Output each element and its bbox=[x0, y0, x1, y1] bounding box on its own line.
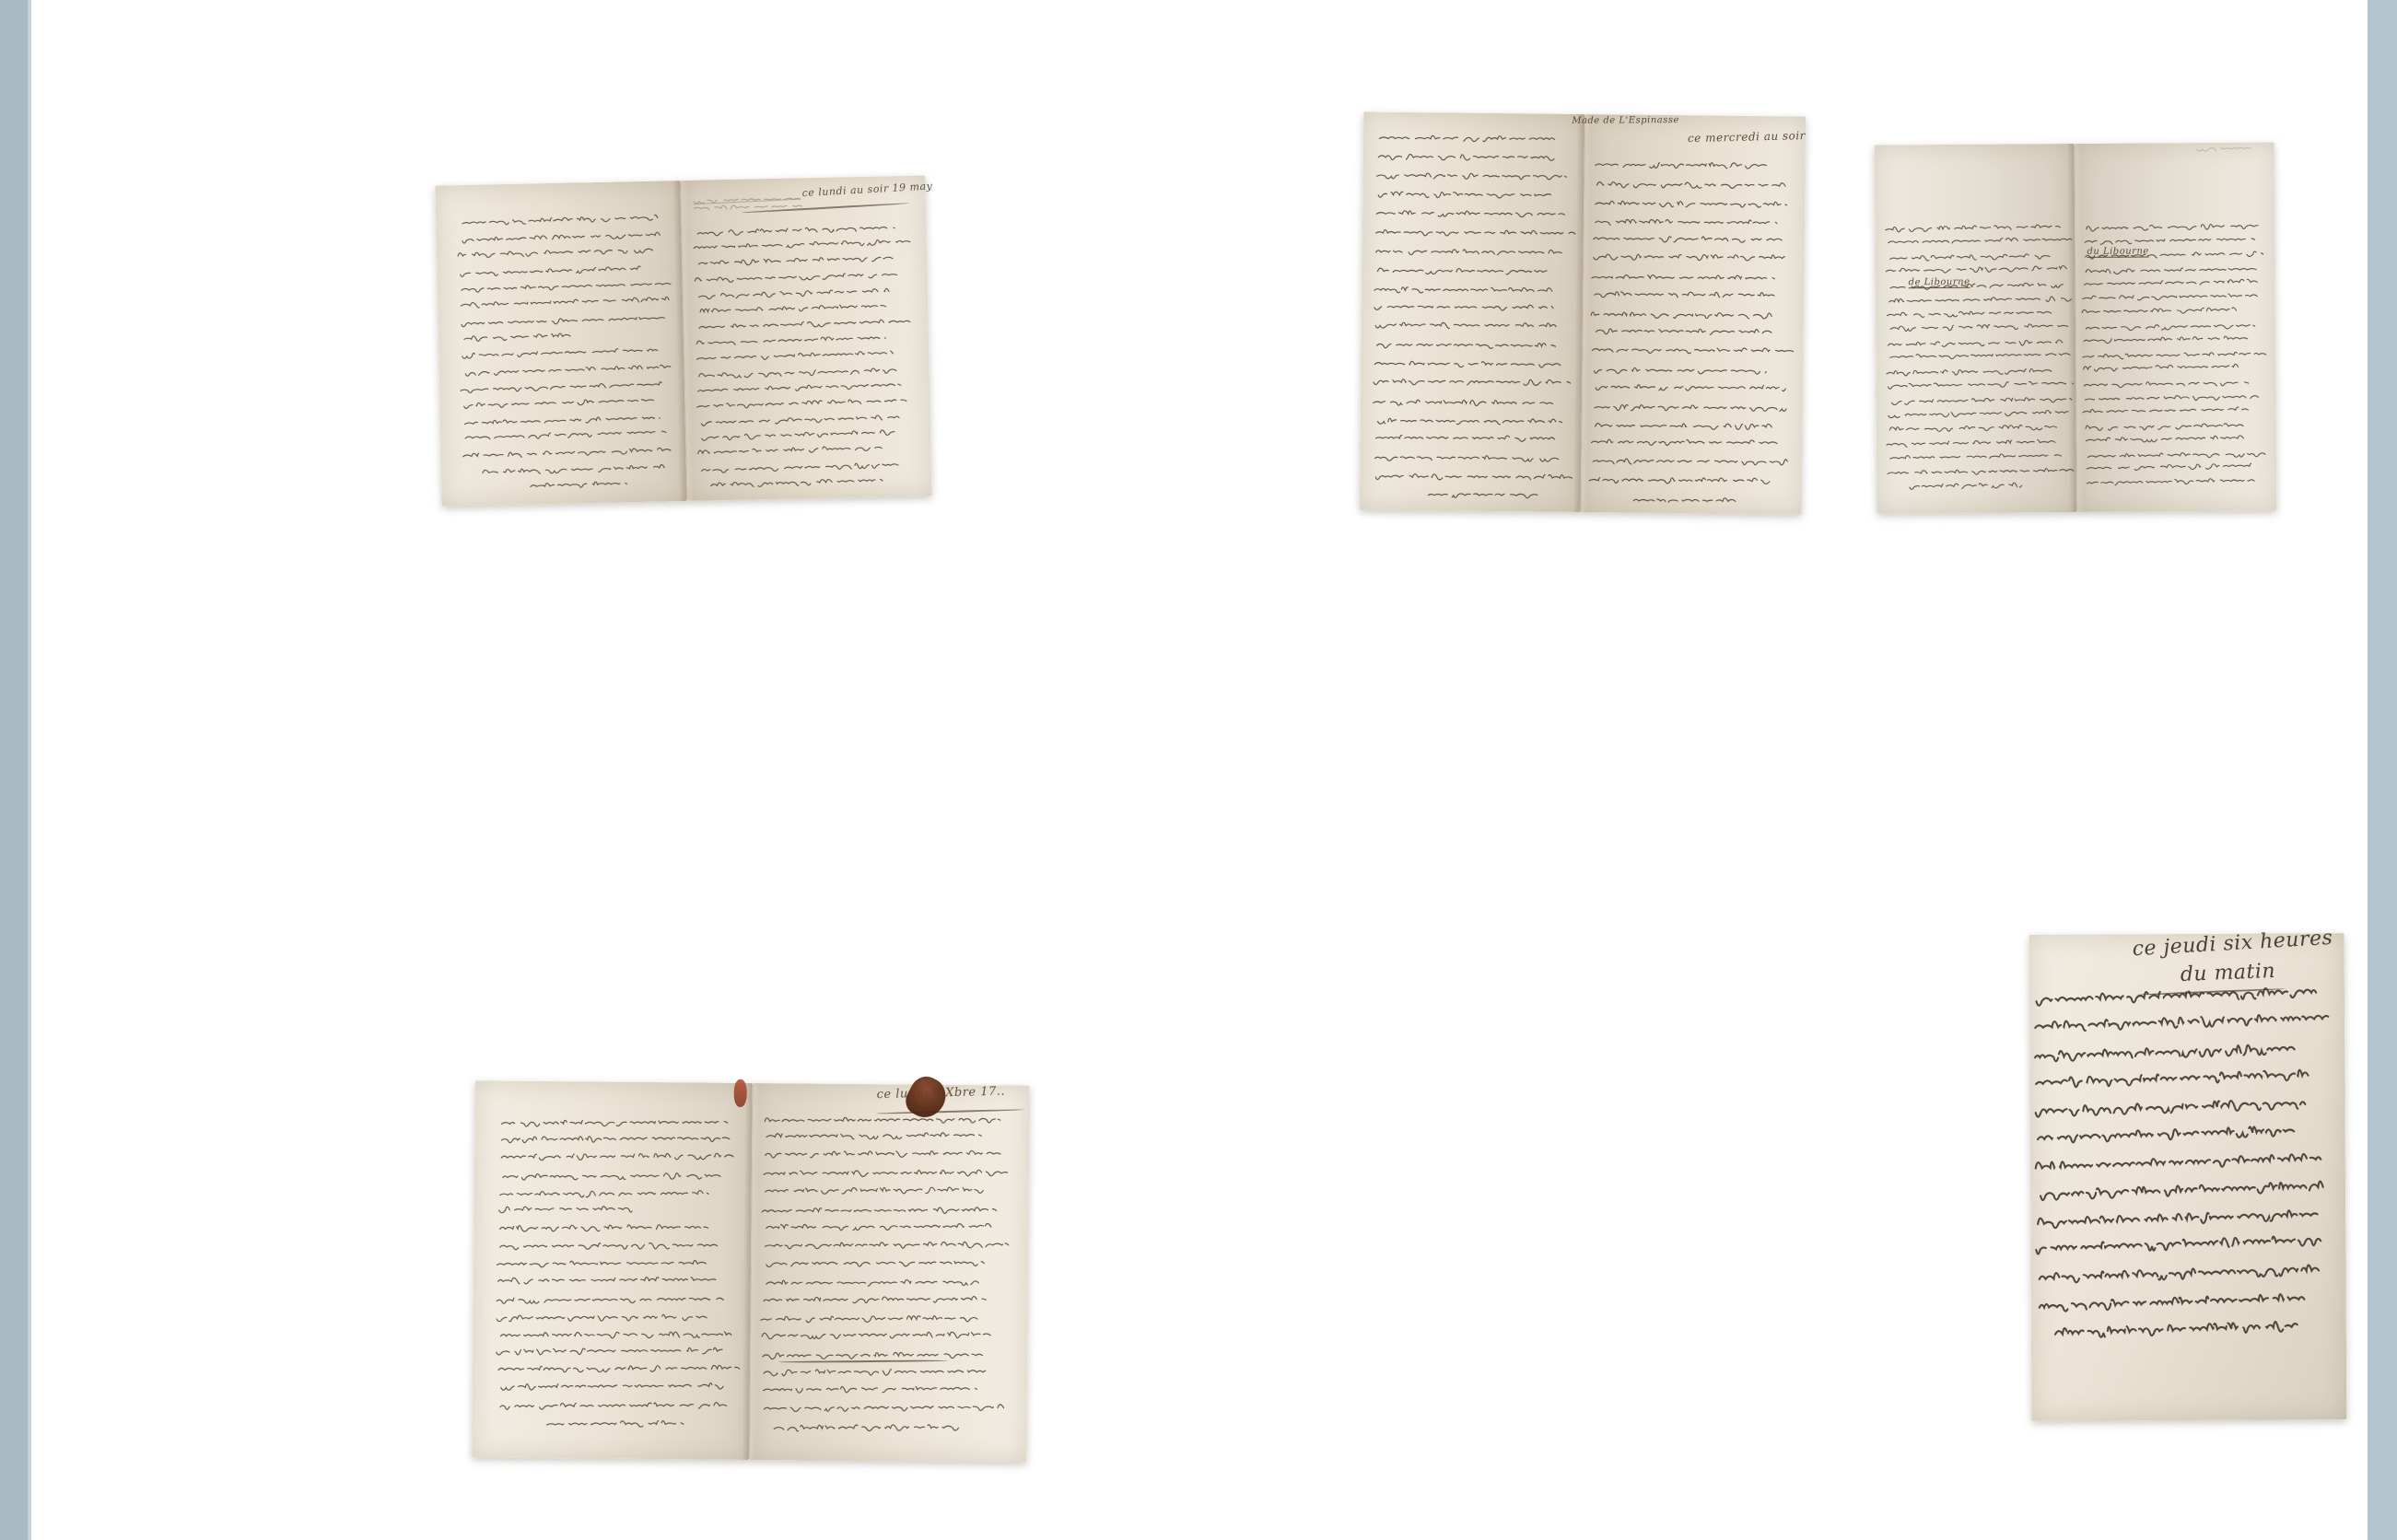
catalog-page: ce lundi au soir 19 mayMade de L'Espinas… bbox=[0, 0, 2397, 1540]
letter-spread-3-page-2 bbox=[2075, 142, 2277, 512]
letter-spread-3-page-1 bbox=[1875, 144, 2077, 514]
letter-spread-2-heading-1: Made de L'Espinasse bbox=[1572, 115, 1679, 126]
letter-spread-1-page-1 bbox=[435, 181, 686, 506]
handwriting-lines bbox=[2075, 142, 2277, 512]
handwriting-lines bbox=[749, 1083, 1030, 1463]
letter-spread-3-legible-word: de Libourne bbox=[1909, 277, 1970, 288]
letter-spread-4-page-1 bbox=[472, 1080, 753, 1460]
letter-leaf-5-heading-2: du matin bbox=[2180, 960, 2275, 986]
handwriting-lines bbox=[1875, 144, 2077, 514]
handwriting-lines bbox=[680, 175, 931, 500]
left-margin-bar bbox=[0, 0, 31, 1540]
letter-spread-2-page-1 bbox=[1360, 111, 1585, 511]
letter-spread-4-page-2 bbox=[749, 1083, 1030, 1463]
letter-spread-4: ce lundi 9 Xbre 17.. bbox=[472, 1080, 1030, 1462]
handwriting-lines bbox=[2029, 933, 2347, 1421]
letter-spread-2-page-2 bbox=[1581, 114, 1807, 514]
letter-spread-3-legible-word: du Libourne bbox=[2087, 246, 2148, 257]
letter-spread-1: ce lundi au soir 19 may bbox=[435, 175, 931, 506]
letter-spread-2: Made de L'Espinassece mercredi au soir bbox=[1360, 111, 1806, 514]
handwriting-lines bbox=[472, 1080, 753, 1460]
seal-remnant bbox=[734, 1079, 747, 1107]
right-margin-bar bbox=[2368, 0, 2397, 1540]
letter-leaf-5: ce jeudi six heuresdu matin bbox=[2029, 933, 2347, 1421]
pencil-inscription bbox=[694, 194, 801, 211]
handwriting-lines bbox=[435, 181, 686, 506]
letter-spread-3: de Libournedu Libourne bbox=[1875, 142, 2277, 513]
letter-spread-1-page-2 bbox=[680, 175, 931, 500]
handwriting-lines bbox=[1581, 114, 1807, 514]
handwriting-lines bbox=[1360, 111, 1585, 511]
faint-inscription bbox=[2197, 145, 2251, 153]
letter-leaf-5-page-1 bbox=[2029, 933, 2347, 1421]
